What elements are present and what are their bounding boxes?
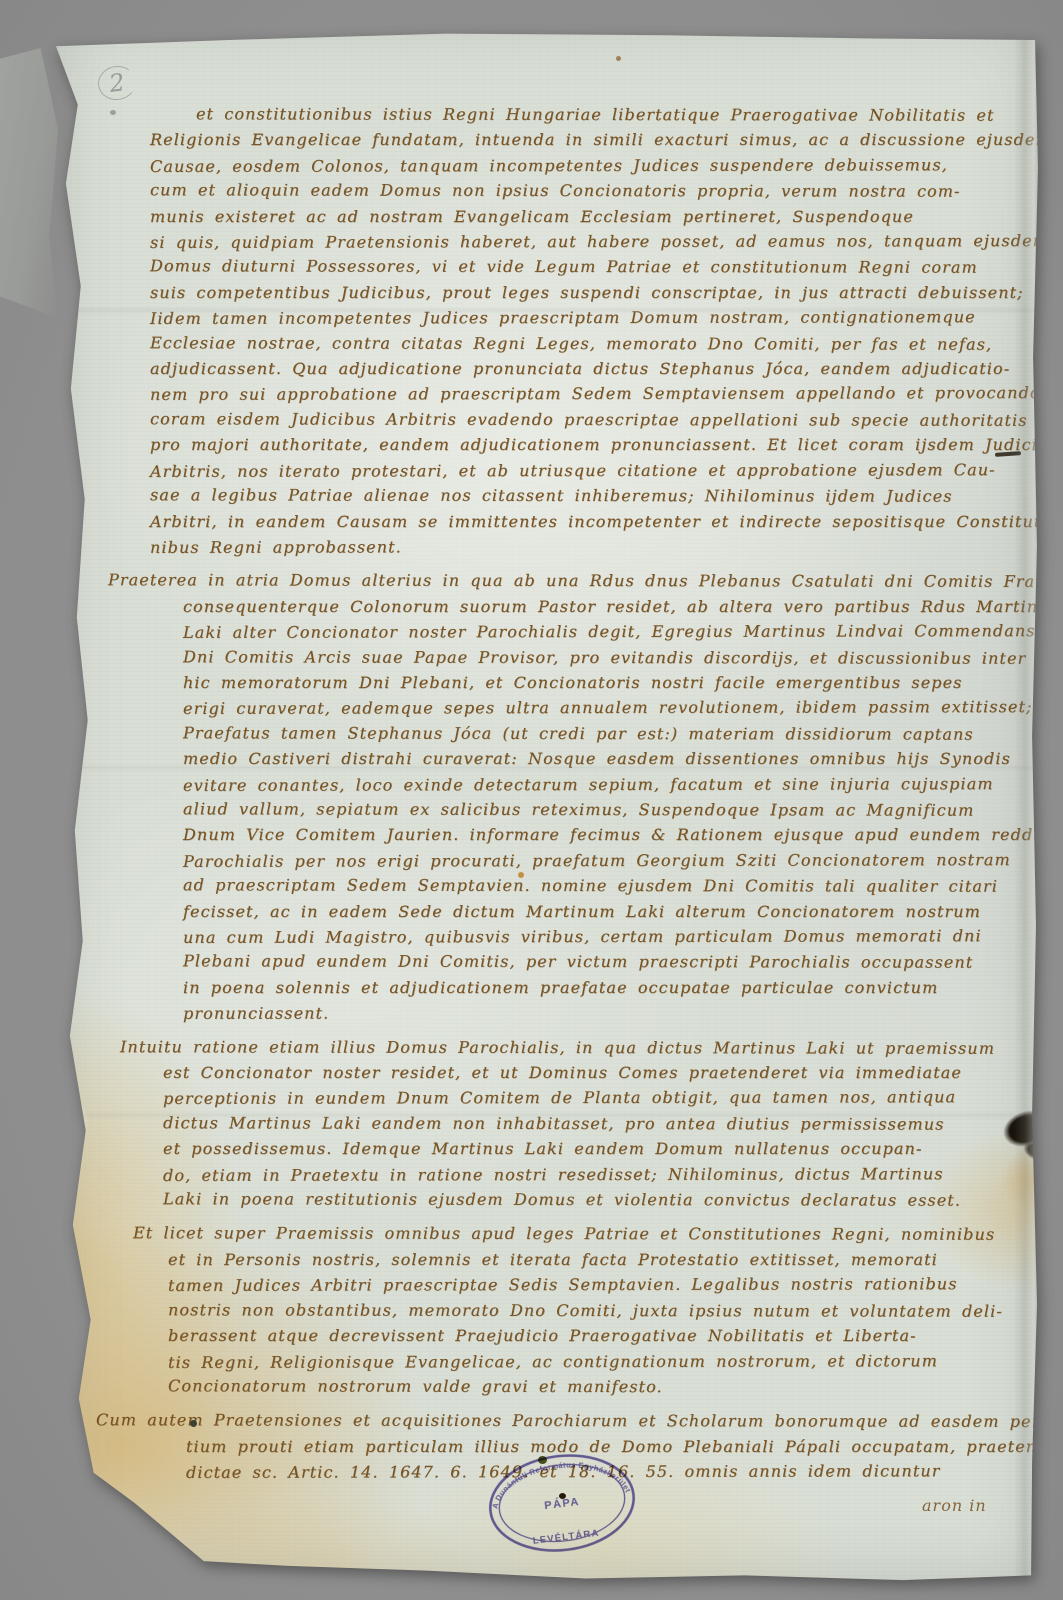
manuscript-line: dictus Martinus Laki eandem non inhabita… bbox=[163, 1110, 1014, 1137]
paper-sheet: 2 et constitutionibus istius Regni Hunga… bbox=[50, 10, 1042, 1588]
manuscript-line: Laki alter Concionator noster Parochiali… bbox=[183, 618, 1014, 645]
manuscript-line: munis existeret ac ad nostram Evangelica… bbox=[150, 204, 1014, 229]
manuscript-line: Intuitu ratione etiam illius Domus Paroc… bbox=[120, 1034, 1014, 1061]
manuscript-line: hic memoratorum Dni Plebani, et Conciona… bbox=[183, 670, 1014, 695]
manuscript-line: evitare conantes, loco exinde detectarum… bbox=[183, 771, 1014, 798]
manuscript-line: pro majori authoritate, eandem adjudicat… bbox=[150, 432, 1014, 457]
manuscript-line: nibus Regni approbassent. bbox=[150, 533, 1014, 560]
manuscript-line: sae a legibus Patriae alienae nos citass… bbox=[150, 482, 1014, 509]
manuscript-line: Cum autem Praetensiones et acquisitiones… bbox=[96, 1408, 1014, 1435]
manuscript-line: Dnum Vice Comitem Jaurien. informare fec… bbox=[183, 822, 1014, 847]
manuscript-line: una cum Ludi Magistro, quibusvis viribus… bbox=[183, 923, 1014, 950]
manuscript-line: nostris non obstantibus, memorato Dno Co… bbox=[168, 1297, 1014, 1324]
catchword: aron in bbox=[922, 1496, 987, 1515]
manuscript-line: suis competentibus Judicibus, prout lege… bbox=[150, 280, 1014, 305]
ink-speck bbox=[518, 872, 524, 878]
manuscript-line: Domus diuturni Possessores, vi et vide L… bbox=[150, 254, 1014, 281]
manuscript-line: et possedissemus. Idemque Martinus Laki … bbox=[163, 1136, 1014, 1161]
manuscript-line: tamen Judices Arbitri praescriptae Sedis… bbox=[168, 1271, 1014, 1298]
manuscript-line: Parochialis per nos erigi procurati, pra… bbox=[183, 847, 1014, 874]
pencil-speck bbox=[110, 110, 116, 115]
manuscript-line: perceptionis in eundem Dnum Comitem de P… bbox=[163, 1085, 1014, 1112]
manuscript-text: et constitutionibus istius Regni Hungari… bbox=[108, 102, 1014, 1485]
manuscript-line: est Concionator noster residet, et ut Do… bbox=[163, 1060, 1014, 1085]
manuscript-line: Causae, eosdem Colonos, tanquam incompet… bbox=[150, 152, 1014, 179]
manuscript-line: Arbitri, in eandem Causam se immittentes… bbox=[150, 509, 1014, 534]
left-edge-notch bbox=[54, 1092, 98, 1150]
manuscript-line: do, etiam in Praetextu in ratione nostri… bbox=[163, 1161, 1014, 1188]
manuscript-line: berassent atque decrevissent Praejudicio… bbox=[168, 1323, 1014, 1348]
manuscript-line: erigi curaverat, eademque sepes ultra an… bbox=[183, 694, 1014, 721]
manuscript-line: Praeterea in atria Domus alterius in qua… bbox=[108, 568, 1014, 595]
manuscript-line: ad praescriptam Sedem Semptavien. nomine… bbox=[183, 872, 1014, 899]
manuscript-line: Et licet super Praemissis omnibus apud l… bbox=[133, 1221, 1014, 1248]
manuscript-line: fecisset, ac in eadem Sede dictum Martin… bbox=[183, 899, 1014, 924]
manuscript-line: Plebani apud eundem Dni Comitis, per vic… bbox=[183, 949, 1014, 976]
ink-speck bbox=[190, 1420, 197, 1427]
manuscript-line: Ecclesiae nostrae, contra citatas Regni … bbox=[150, 330, 1014, 357]
manuscript-line: Concionatorum nostrorum valde gravi et m… bbox=[168, 1373, 1014, 1400]
manuscript-paragraph: et constitutionibus istius Regni Hungari… bbox=[108, 102, 1014, 559]
archive-stamp: A Dunántúli Református Egyházkerület PÁP… bbox=[480, 1441, 644, 1565]
manuscript-paragraph: Intuitu ratione etiam illius Domus Paroc… bbox=[108, 1035, 1014, 1213]
paper-wrap: 2 et constitutionibus istius Regni Hunga… bbox=[0, 0, 1063, 1600]
manuscript-line: adjudicassent. Qua adjudicatione pronunc… bbox=[150, 356, 1014, 381]
manuscript-line: cum et alioquin eadem Domus non ipsius C… bbox=[150, 177, 1014, 204]
page-number-annotation: 2 bbox=[96, 64, 138, 103]
manuscript-line: et in Personis nostris, solemnis et iter… bbox=[168, 1247, 1014, 1272]
manuscript-paragraph: Et licet super Praemissis omnibus apud l… bbox=[108, 1221, 1014, 1399]
manuscript-line: Dni Comitis Arcis suae Papae Provisor, p… bbox=[183, 644, 1014, 671]
manuscript-line: pronunciassent. bbox=[183, 999, 1014, 1026]
manuscript-line: medio Castiveri distrahi curaverat: Nosq… bbox=[183, 746, 1014, 771]
manuscript-line: et constitutionibus istius Regni Hungari… bbox=[196, 101, 1014, 128]
manuscript-line: aliud vallum, sepiatum ex salicibus rete… bbox=[183, 796, 1014, 823]
ink-speck bbox=[616, 56, 621, 61]
manuscript-line: in poena solennis et adjudicationem prae… bbox=[183, 975, 1014, 1000]
manuscript-line: tis Regni, Religionisque Evangelicae, ac… bbox=[168, 1348, 1014, 1375]
manuscript-paragraph: Praeterea in atria Domus alterius in qua… bbox=[108, 568, 1014, 1025]
manuscript-line: Laki in poena restitutionis ejusdem Domu… bbox=[163, 1186, 1014, 1213]
manuscript-line: coram eisdem Judicibus Arbitris evadendo… bbox=[150, 406, 1014, 433]
manuscript-line: Religionis Evangelicae fundatam, intuend… bbox=[150, 127, 1014, 152]
manuscript-line: Arbitris, nos iterato protestari, et ab … bbox=[150, 457, 1014, 484]
manuscript-line: si quis, quidpiam Praetensionis haberet,… bbox=[150, 228, 1014, 255]
stamp-center-text: PÁPA bbox=[544, 1495, 581, 1512]
manuscript-line: consequenterque Colonorum suorum Pastor … bbox=[183, 594, 1014, 619]
manuscript-line: Iidem tamen incompetentes Judices praesc… bbox=[150, 304, 1014, 331]
manuscript-line: nem pro sui approbatione ad praescriptam… bbox=[150, 381, 1014, 408]
manuscript-line: Praefatus tamen Stephanus Jóca (ut credi… bbox=[183, 720, 1014, 747]
